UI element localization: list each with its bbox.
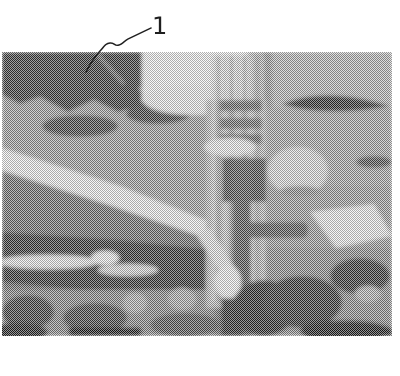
halftone-photograph [0, 0, 400, 376]
figure-sheet: 1 [0, 0, 400, 376]
reference-numeral-1: 1 [152, 14, 167, 38]
